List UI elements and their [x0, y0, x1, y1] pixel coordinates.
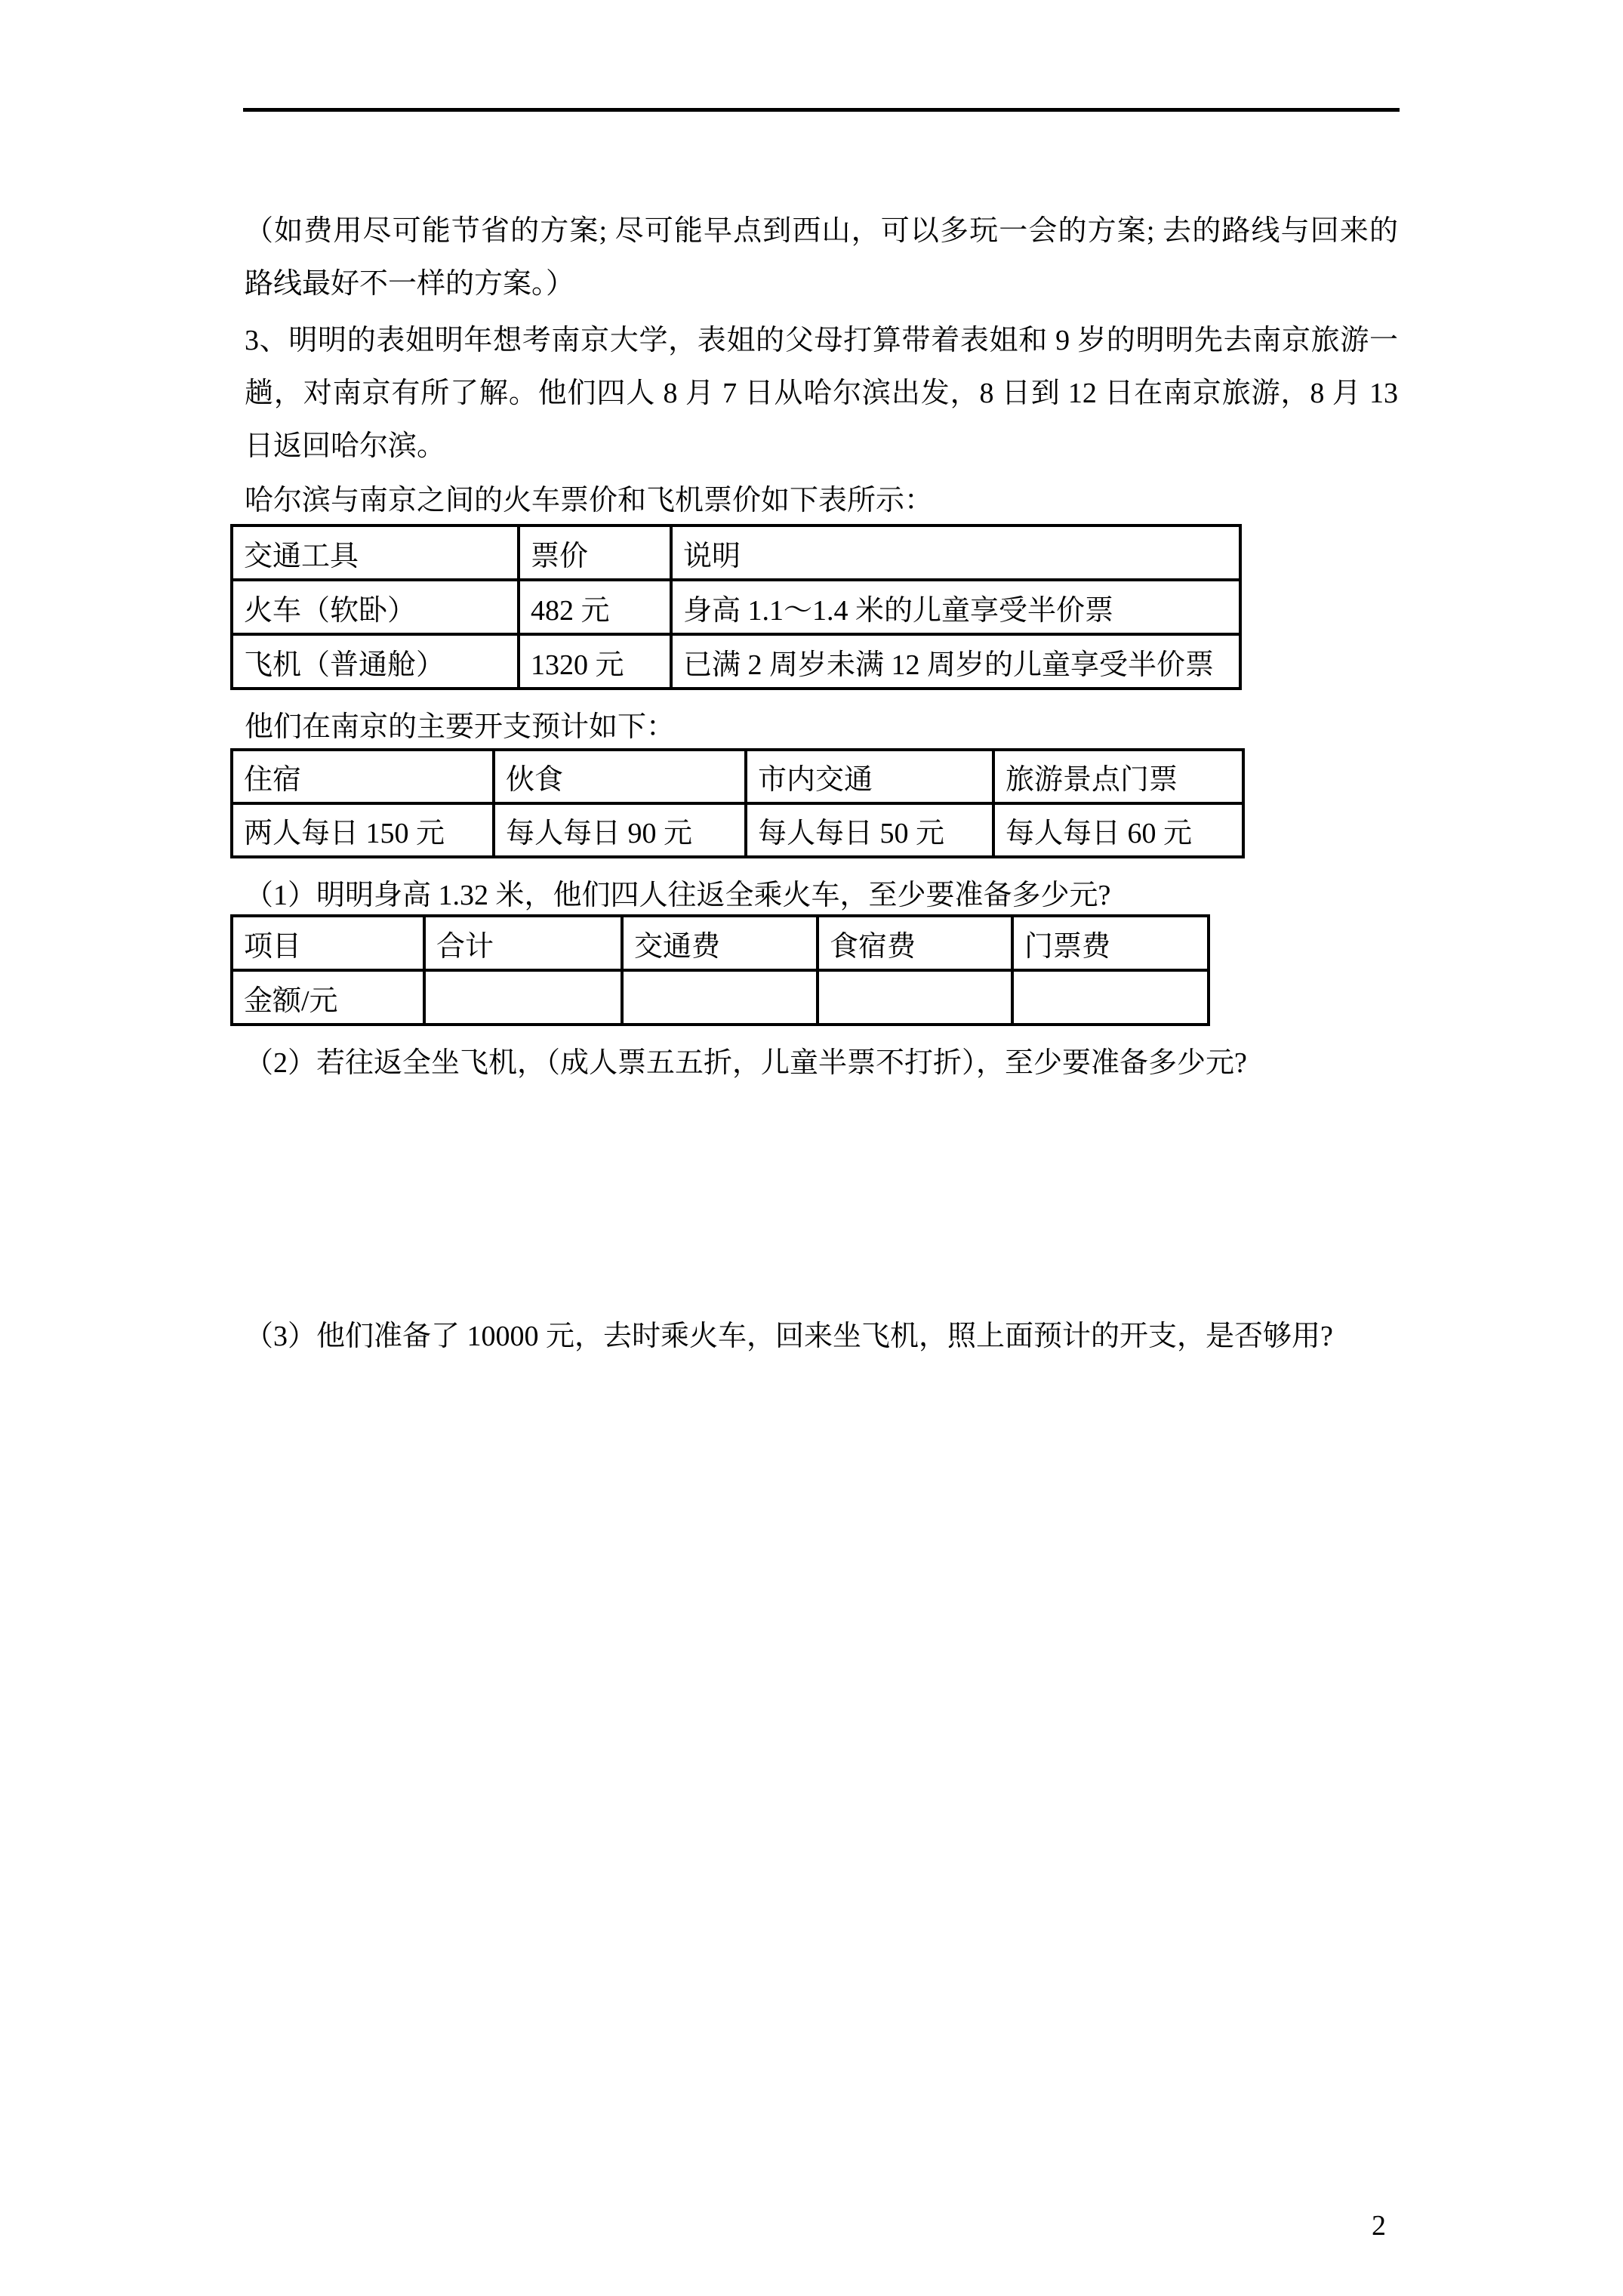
budget-answer-table: 项目 合计 交通费 食宿费 门票费 金额/元	[230, 914, 1210, 1026]
expenses-city-transport-value: 每人每日 50 元	[746, 803, 993, 857]
fare-plane-price: 1320 元	[519, 634, 671, 689]
expenses-tickets-value: 每人每日 60 元	[993, 803, 1243, 857]
budget-header-row: 项目 合计 交通费 食宿费 门票费	[232, 916, 1209, 970]
budget-answer-cell-ticket[interactable]	[1012, 970, 1209, 1025]
sub-question-2-text: （2）若往返全坐飞机，（成人票五五折，儿童半票不打折），至少要准备多少元?	[245, 1037, 1398, 1089]
fare-table: 交通工具 票价 说明 火车（软卧） 482 元 身高 1.1～1.4 米的儿童享…	[230, 524, 1242, 690]
problem3-line-1: 3、明明的表姐明年想考南京大学，表姐的父母打算带着表姐和 9 岁的明明先去南京旅…	[245, 314, 1398, 367]
budget-amount-row: 金额/元	[232, 970, 1209, 1025]
header-rule	[243, 108, 1400, 112]
expenses-header-row: 住宿 伙食 市内交通 旅游景点门票	[232, 750, 1243, 803]
problem3-line-3: 日返回哈尔滨。	[245, 420, 1398, 473]
fare-header-price: 票价	[519, 525, 671, 580]
budget-header-board-fee: 食宿费	[818, 916, 1012, 970]
expenses-header-food: 伙食	[494, 750, 746, 803]
fare-plane-name: 飞机（普通舱）	[232, 634, 519, 689]
fare-train-price: 482 元	[519, 580, 671, 634]
fare-train-note: 身高 1.1～1.4 米的儿童享受半价票	[671, 580, 1240, 634]
note-paragraph-line-1: （如费用尽可能节省的方案; 尽可能早点到西山，可以多玩一会的方案; 去的路线与回…	[245, 205, 1398, 257]
budget-answer-cell-total[interactable]	[424, 970, 622, 1025]
budget-answer-cell-board[interactable]	[818, 970, 1012, 1025]
page-number: 2	[1329, 2199, 1386, 2252]
expenses-header-city-transport: 市内交通	[746, 750, 993, 803]
budget-header-ticket-fee: 门票费	[1012, 916, 1209, 970]
worksheet-page: { "colors": { "text": "#000000", "backgr…	[0, 0, 1623, 2296]
expenses-lodging-value: 两人每日 150 元	[232, 803, 494, 857]
budget-answer-cell-transport[interactable]	[622, 970, 818, 1025]
expenses-intro-text: 他们在南京的主要开支预计如下：	[245, 701, 1398, 754]
budget-header-total: 合计	[424, 916, 622, 970]
note-paragraph-line-2: 路线最好不一样的方案。）	[245, 257, 1398, 310]
expenses-header-lodging: 住宿	[232, 750, 494, 803]
expenses-food-value: 每人每日 90 元	[494, 803, 746, 857]
fare-header-note: 说明	[671, 525, 1240, 580]
expenses-table: 住宿 伙食 市内交通 旅游景点门票 两人每日 150 元 每人每日 90 元 每…	[230, 748, 1245, 858]
expenses-header-tickets: 旅游景点门票	[993, 750, 1243, 803]
fares-intro-text: 哈尔滨与南京之间的火车票价和飞机票价如下表所示：	[245, 474, 1398, 527]
budget-header-transport-fee: 交通费	[622, 916, 818, 970]
budget-amount-label: 金额/元	[232, 970, 424, 1025]
fare-table-row-plane: 飞机（普通舱） 1320 元 已满 2 周岁未满 12 周岁的儿童享受半价票	[232, 634, 1240, 689]
problem3-line-2: 趟，对南京有所了解。他们四人 8 月 7 日从哈尔滨出发，8 日到 12 日在南…	[245, 367, 1398, 420]
fare-table-row-train: 火车（软卧） 482 元 身高 1.1～1.4 米的儿童享受半价票	[232, 580, 1240, 634]
fare-header-transport: 交通工具	[232, 525, 519, 580]
budget-header-item: 项目	[232, 916, 424, 970]
fare-train-name: 火车（软卧）	[232, 580, 519, 634]
fare-table-header-row: 交通工具 票价 说明	[232, 525, 1240, 580]
fare-plane-note: 已满 2 周岁未满 12 周岁的儿童享受半价票	[671, 634, 1240, 689]
sub-question-3-text: （3）他们准备了 10000 元，去时乘火车，回来坐飞机，照上面预计的开支，是否…	[245, 1310, 1398, 1363]
expenses-values-row: 两人每日 150 元 每人每日 90 元 每人每日 50 元 每人每日 60 元	[232, 803, 1243, 857]
